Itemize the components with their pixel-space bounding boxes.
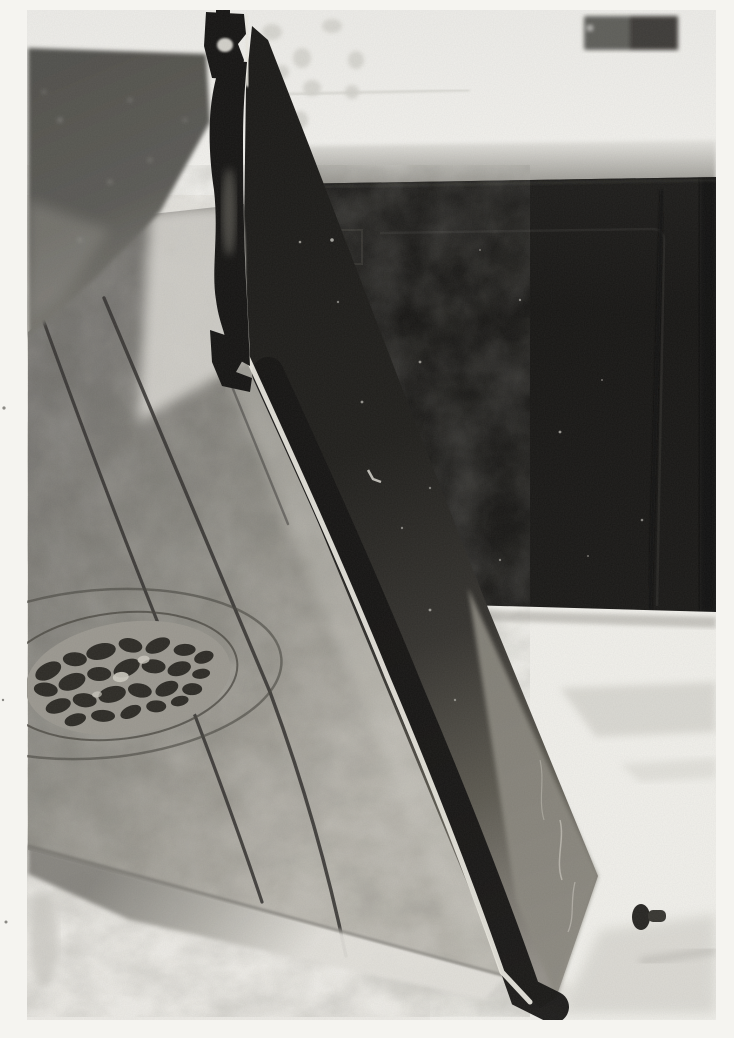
film-grain-light [27,10,716,1020]
photograph [0,0,734,1038]
photo-artwork [0,0,734,1038]
photo-image [0,10,716,1020]
